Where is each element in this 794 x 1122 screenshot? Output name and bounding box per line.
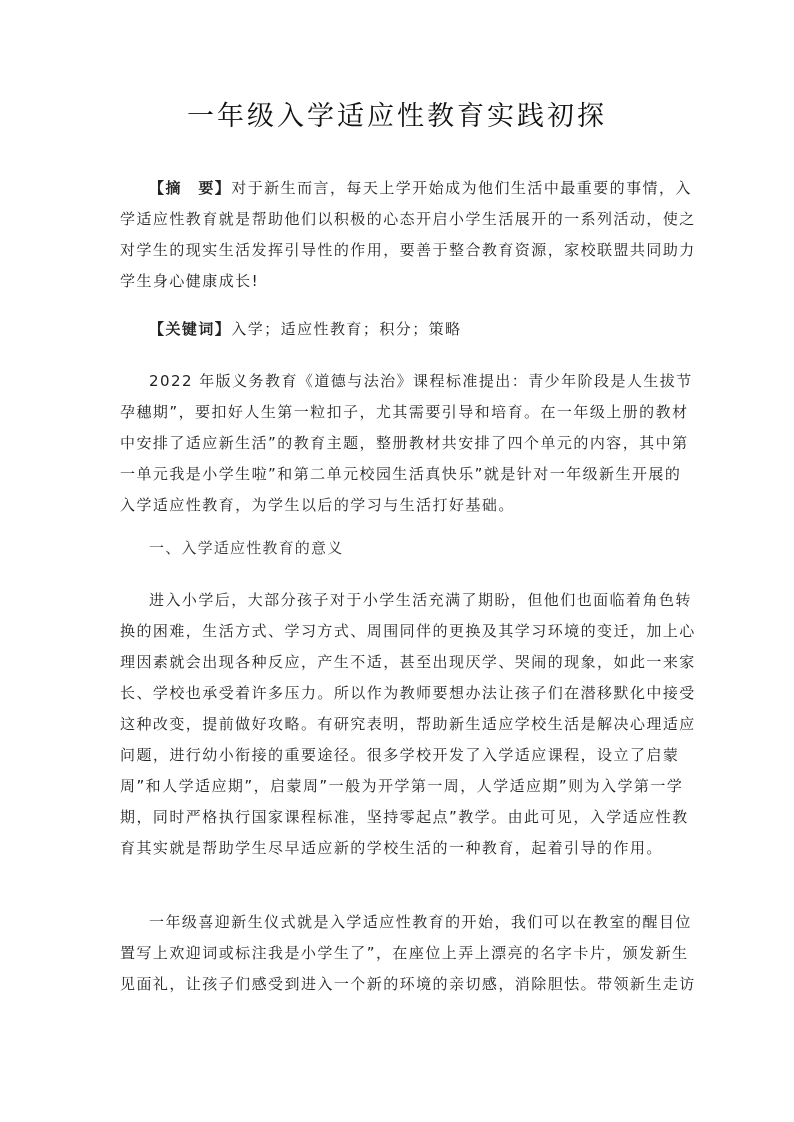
abstract-line: 对学生的现实生活发挥引导性的作用，要善于整合教育资源，家校联盟共同助力 — [120, 235, 680, 266]
intro-line: 中安排了适应新生活”的教育主题，整册教材共安排了四个单元的内容，其中第 — [120, 428, 680, 459]
keywords-text: 入学；适应性教育；积分；策略 — [231, 320, 461, 338]
body-line: 见面礼，让孩子们感受到进入一个新的环境的亲切感，消除胆怯。带领新生走访 — [120, 969, 680, 1000]
intro-line: 2022 年版义务教育《道德与法治》课程标准提出：青少年阶段是人生拔节 — [120, 366, 680, 397]
abstract-line: 【摘 要】对于新生而言，每天上学开始成为他们生活中最重要的事情，入 — [120, 173, 680, 204]
section-1-paragraph-1: 进入小学后，大部分孩子对于小学生活充满了期盼，但他们也面临着角色转 换的困难，生… — [120, 585, 680, 864]
abstract-label: 【摘 要】 — [149, 179, 231, 197]
body-line: 问题，进行幼小衔接的重要途径。很多学校开发了入学适应课程，设立了启蒙 — [120, 740, 680, 771]
body-line: 进入小学后，大部分孩子对于小学生活充满了期盼，但他们也面临着角色转 — [120, 585, 680, 616]
body-line: 这种改变，提前做好攻略。有研究表明，帮助新生适应学校生活是解决心理适应 — [120, 709, 680, 740]
intro-paragraph: 2022 年版义务教育《道德与法治》课程标准提出：青少年阶段是人生拔节 孕穗期”… — [120, 366, 680, 521]
abstract-line: 学适应性教育就是帮助他们以积极的心态开启小学生活展开的一系列活动，使之 — [120, 204, 680, 235]
body-line: 理因素就会出现各种反应，产生不适，甚至出现厌学、哭闹的现象，如此一来家 — [120, 647, 680, 678]
abstract-paragraph: 【摘 要】对于新生而言，每天上学开始成为他们生活中最重要的事情，入 学适应性教育… — [120, 173, 680, 297]
keywords-paragraph: 【关键词】入学；适应性教育；积分；策略 — [120, 314, 680, 345]
keywords-line: 【关键词】入学；适应性教育；积分；策略 — [120, 314, 680, 345]
document-page: 一年级入学适应性教育实践初探 【摘 要】对于新生而言，每天上学开始成为他们生活中… — [0, 0, 794, 1122]
section-heading: 一、入学适应性教育的意义 — [120, 533, 680, 564]
body-line: 一年级喜迎新生仪式就是入学适应性教育的开始，我们可以在教室的醒目位 — [120, 907, 680, 938]
body-line: 育其实就是帮助学生尽早适应新的学校生活的一种教育，起着引导的作用。 — [120, 833, 680, 864]
keywords-label: 【关键词】 — [149, 320, 231, 338]
intro-line: 孕穗期”，要扣好人生第一粒扣子，尤其需要引导和培育。在一年级上册的教材 — [120, 397, 680, 428]
abstract-line: 学生身心健康成长! — [120, 266, 680, 297]
body-line: 期，同时严格执行国家课程标准，坚持零起点”教学。由此可见，入学适应性教 — [120, 802, 680, 833]
section-1-paragraph-2: 一年级喜迎新生仪式就是入学适应性教育的开始，我们可以在教室的醒目位 置写上欢迎词… — [120, 907, 680, 1000]
body-line: 换的困难，生活方式、学习方式、周围同伴的更换及其学习环境的变迁，加上心 — [120, 616, 680, 647]
intro-line: 入学适应性教育，为学生以后的学习与生活打好基础。 — [120, 490, 680, 521]
body-line: 长、学校也承受着许多压力。所以作为教师要想办法让孩子们在潜移默化中接受 — [120, 678, 680, 709]
document-title: 一年级入学适应性教育实践初探 — [0, 94, 794, 133]
section-1-heading-block: 一、入学适应性教育的意义 — [120, 533, 680, 564]
intro-line: 一单元我是小学生啦”和第二单元校园生活真快乐”就是针对一年级新生开展的 — [120, 459, 680, 490]
body-line: 置写上欢迎词或标注我是小学生了”，在座位上弄上漂亮的名字卡片，颁发新生 — [120, 938, 680, 969]
body-line: 周”和人学适应期”，启蒙周”一般为开学第一周，人学适应期”则为入学第一学 — [120, 771, 680, 802]
